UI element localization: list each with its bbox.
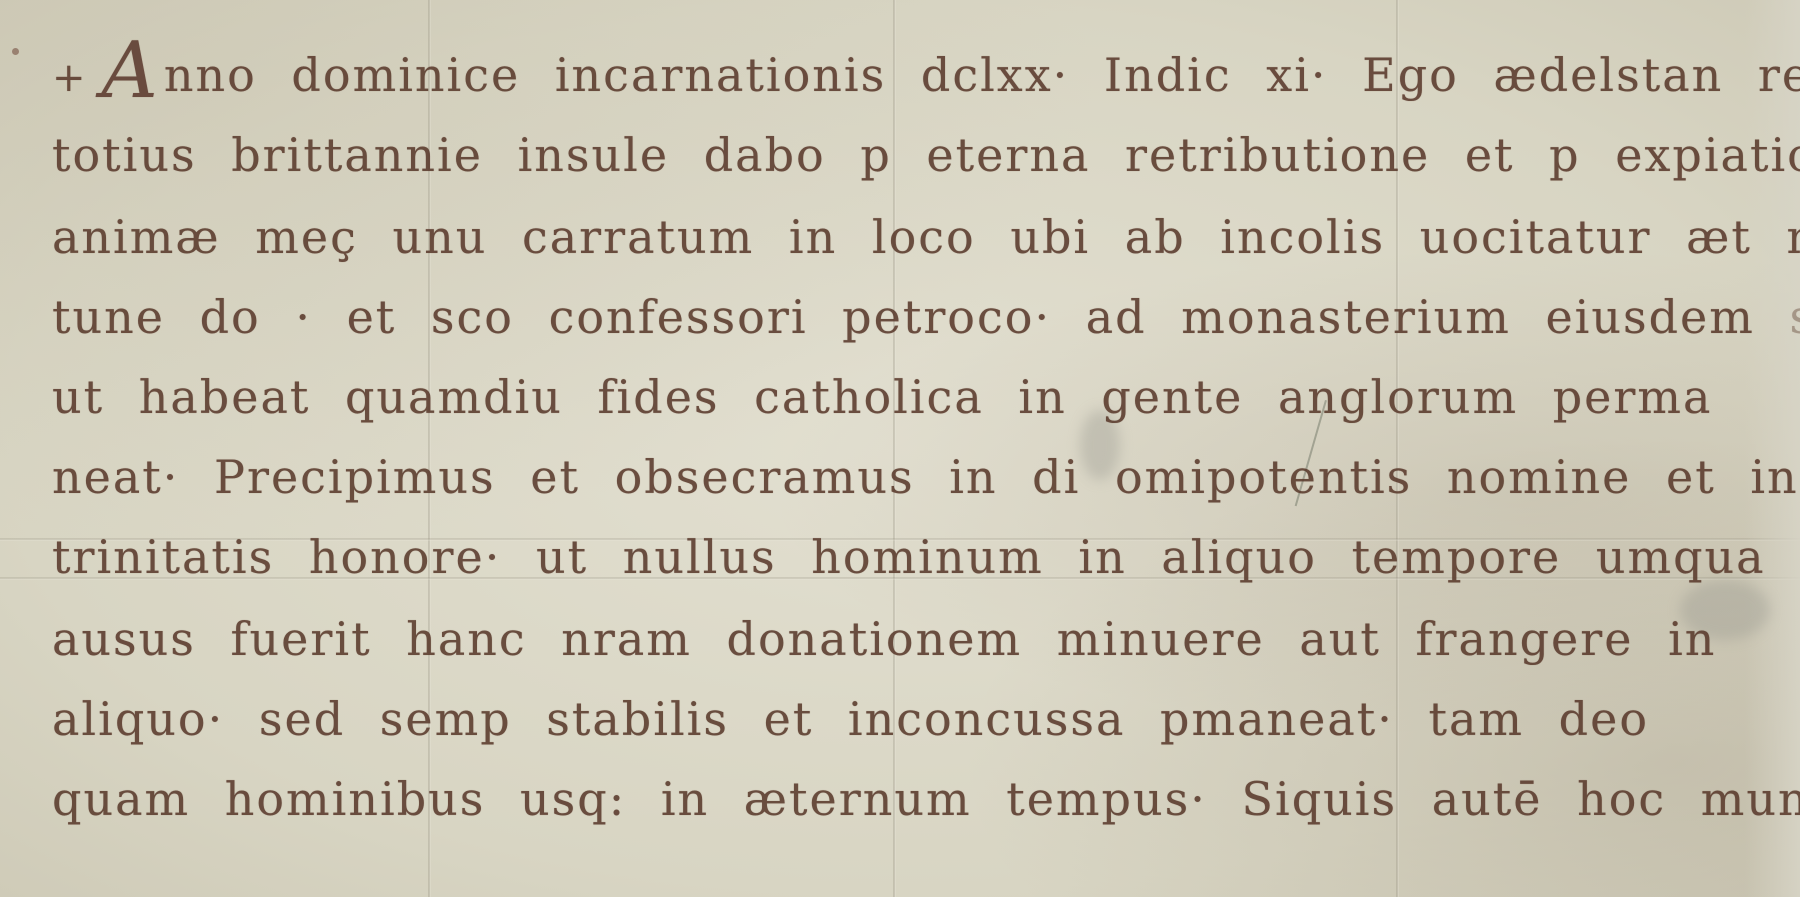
charter-line-10: quam hominibus usq: in æternum tempus· S…: [52, 772, 1800, 826]
charter-line-1: +Anno dominice incarnationis dclxx· Indi…: [52, 48, 1800, 102]
charter-line-9: aliquo· sed semp stabilis et inconcussa …: [52, 692, 1649, 746]
charter-line-8: ausus fuerit hanc nram donationem minuer…: [52, 612, 1716, 666]
faded-text: sci: [1790, 290, 1800, 344]
charter-line-6: neat· Precipimus et obsecramus in di omi…: [52, 450, 1800, 504]
line-text: nno dominice incarnationis dclxx· Indic …: [164, 48, 1800, 102]
line-text: totius brittannie insule dabo p eterna r…: [52, 128, 1800, 182]
line-text: aliquo· sed semp stabilis et inconcussa …: [52, 692, 1649, 746]
charter-line-3: animæ meç unu carratum in loco ubi ab in…: [52, 210, 1800, 264]
line-text: neat· Precipimus et obsecramus in di omi…: [52, 450, 1800, 504]
line-text: ut habeat quamdiu fides catholica in gen…: [52, 370, 1712, 424]
line-text: tune do · et sco confessori petroco· ad …: [52, 290, 1755, 344]
line-text: quam hominibus usq: in æternum tempus· S…: [52, 772, 1800, 826]
decorated-initial: A: [102, 26, 160, 116]
line-text: trinitatis honore· ut nullus hominum in …: [52, 530, 1766, 584]
charter-parchment: +Anno dominice incarnationis dclxx· Indi…: [0, 0, 1800, 897]
charter-line-2: totius brittannie insule dabo p eterna r…: [52, 128, 1800, 182]
charter-line-5: ut habeat quamdiu fides catholica in gen…: [52, 370, 1712, 424]
ink-spot: [12, 48, 19, 55]
line-text: animæ meç unu carratum in loco ubi ab in…: [52, 210, 1800, 264]
invocation-cross-icon: +: [52, 55, 88, 101]
charter-line-4: tune do · et sco confessori petroco· ad …: [52, 290, 1800, 344]
charter-line-7: trinitatis honore· ut nullus hominum in …: [52, 530, 1766, 584]
line-text: ausus fuerit hanc nram donationem minuer…: [52, 612, 1716, 666]
